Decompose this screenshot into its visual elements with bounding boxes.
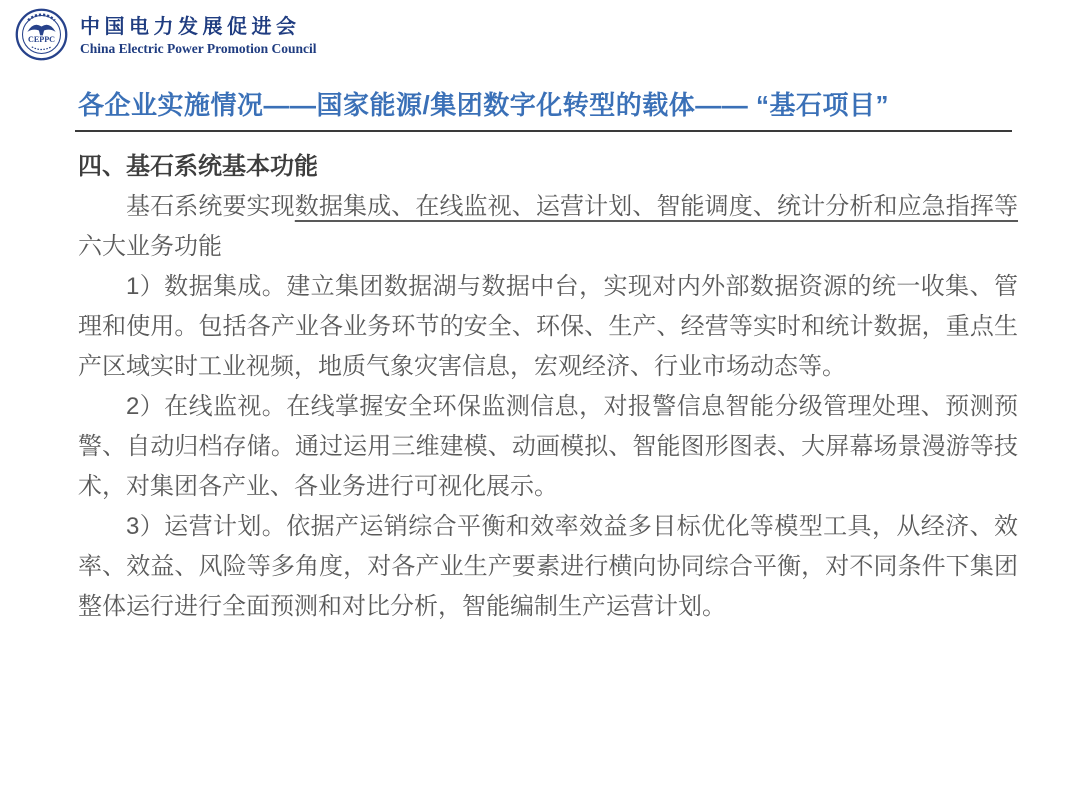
ceppc-logo-icon: CEPPC — [15, 8, 68, 61]
section-heading: 四、基石系统基本功能 — [78, 147, 1018, 187]
intro-paragraph: 基石系统要实现数据集成、在线监视、运营计划、智能调度、统计分析和应急指挥等六大业… — [78, 187, 1018, 267]
svg-text:CEPPC: CEPPC — [28, 35, 55, 44]
intro-lead: 基石系统要实现 — [126, 193, 295, 220]
slide-main: 各企业实施情况——国家能源/集团数字化转型的载体—— “基石项目” 四、基石系统… — [78, 88, 1018, 627]
paragraph-operation-planning: 3）运营计划。依据产运销综合平衡和效率效益多目标优化等模型工具，从经济、效率、效… — [78, 507, 1018, 627]
org-name-english: China Electric Power Promotion Council — [80, 40, 316, 57]
org-name-chinese: 中国电力发展促进会 — [80, 14, 316, 40]
slide-title: 各企业实施情况——国家能源/集团数字化转型的载体—— “基石项目” — [78, 88, 1018, 122]
presentation-slide: CEPPC 中国电力发展促进会 China Electric Power Pro… — [0, 0, 1080, 799]
slide-body: 四、基石系统基本功能 基石系统要实现数据集成、在线监视、运营计划、智能调度、统计… — [78, 147, 1018, 627]
paragraph-online-monitoring: 2）在线监视。在线掌握安全环保监测信息，对报警信息智能分级管理处理、预测预警、自… — [78, 387, 1018, 507]
paragraph-data-integration: 1）数据集成。建立集团数据湖与数据中台，实现对内外部数据资源的统一收集、管理和使… — [78, 267, 1018, 387]
intro-underlined-functions: 数据集成、在线监视、运营计划、智能调度、统计分析和应急指挥等 — [295, 193, 1018, 220]
intro-tail: 六大业务功能 — [78, 233, 222, 260]
title-rule — [75, 130, 1012, 132]
org-header: CEPPC 中国电力发展促进会 China Electric Power Pro… — [15, 8, 316, 61]
org-names: 中国电力发展促进会 China Electric Power Promotion… — [80, 12, 316, 57]
